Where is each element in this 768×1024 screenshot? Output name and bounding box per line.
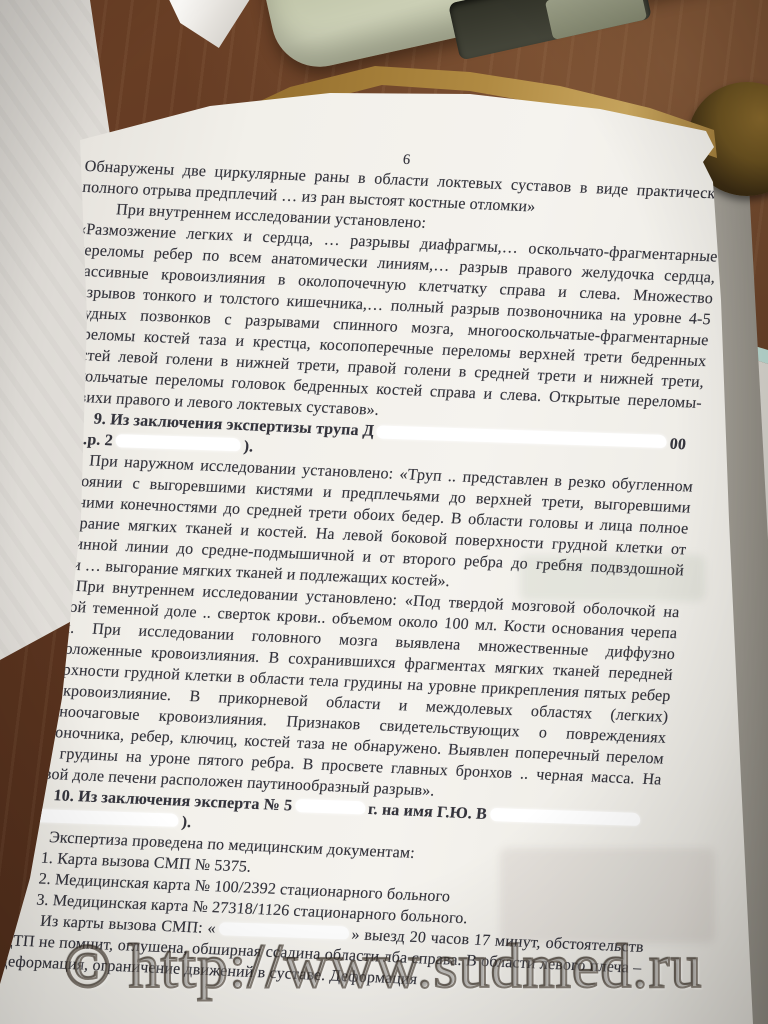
- document-text: 6 Обнаружены две циркулярные раны в обла…: [0, 136, 727, 1000]
- document-text-blocks: Обнаружены две циркулярные раны в област…: [0, 156, 725, 1000]
- redaction-bar: [115, 434, 241, 451]
- photo-root: 6 Обнаружены две циркулярные раны в обла…: [0, 0, 768, 1024]
- redaction-bar: [23, 809, 179, 827]
- text-run: ).: [243, 438, 254, 455]
- text-run: «Размозжение легких и сердца, … разрывы …: [59, 221, 718, 419]
- text-run: При внутреннем исследовании установлено:…: [19, 578, 680, 800]
- text-run: ).: [181, 814, 192, 831]
- document-page: 6 Обнаружены две циркулярные раны в обла…: [0, 0, 768, 1024]
- small-white-book: [160, 0, 252, 48]
- device-key: [545, 0, 647, 40]
- text-run: (: [15, 807, 22, 824]
- redaction-bar: [295, 799, 366, 814]
- text-run: При наружном исследовании установлено: «…: [41, 452, 693, 590]
- watermark-text: © http://www.sudmed.ru: [64, 932, 703, 1003]
- paragraph: «Размозжение легких и сердца, … разрывы …: [59, 219, 719, 435]
- text-run: г. на имя Г.Ю. В: [367, 801, 488, 823]
- paragraph: При внутреннем исследовании установлено:…: [19, 574, 681, 811]
- text-run: 00: [669, 436, 687, 454]
- redaction-bar: [489, 808, 640, 826]
